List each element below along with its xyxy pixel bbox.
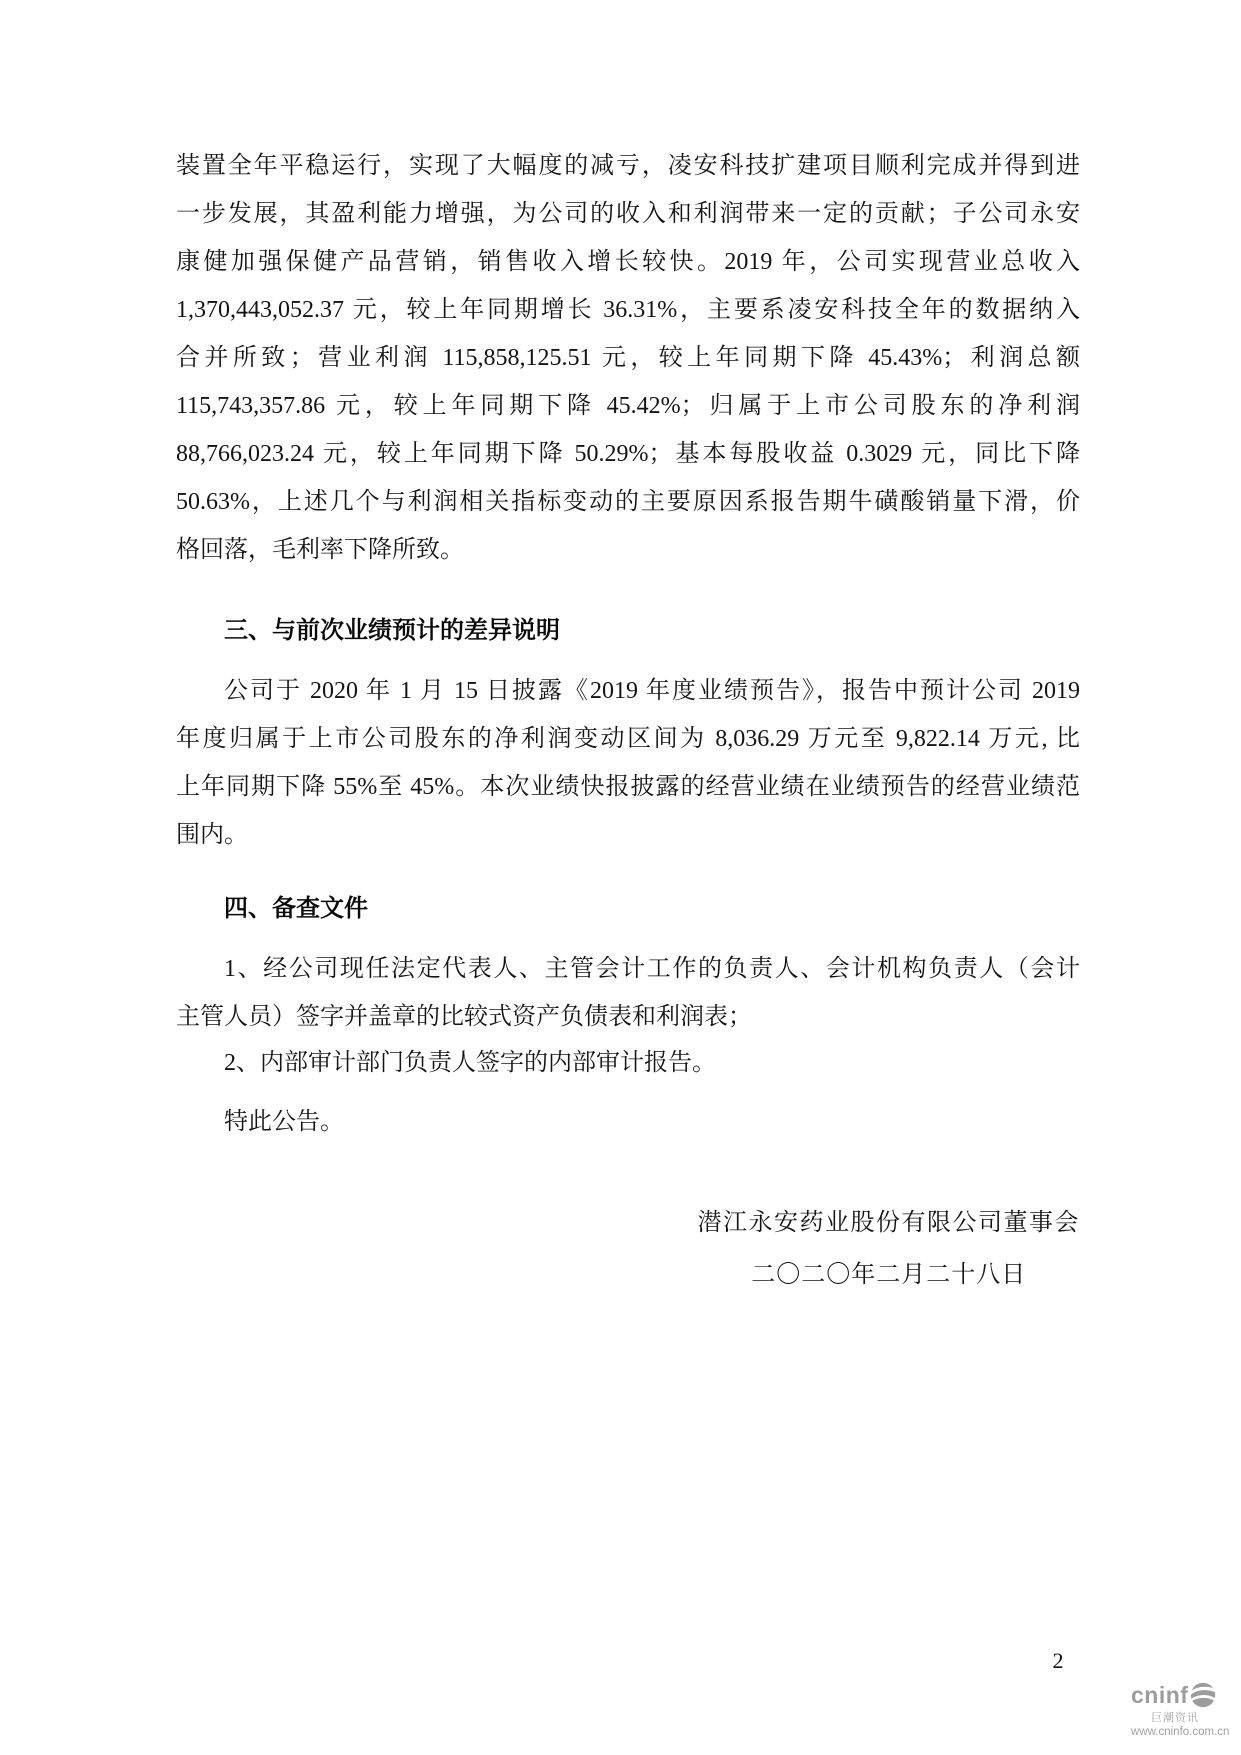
text-line: 主管人员）签字并盖章的比较式资产负债表和利润表；: [176, 993, 1080, 1041]
text-line: 1,370,443,052.37 元，较上年同期增长 36.31%，主要系凌安科…: [176, 286, 1080, 334]
page-number: 2: [1040, 1648, 1076, 1674]
list-item-1: 1、经公司现任法定代表人、主管会计工作的负责人、会计机构负责人（会计 主管人员）…: [176, 945, 1080, 1041]
text-line: 装置全年平稳运行，实现了大幅度的减亏，凌安科技扩建项目顺利完成并得到进: [176, 142, 1080, 190]
text-line: 上年同期下降 55%至 45%。本次业绩快报披露的经营业绩在业绩预告的经营业绩范: [176, 763, 1080, 811]
text-line: 格回落，毛利率下降所致。: [176, 526, 1080, 574]
text-line: 年度归属于上市公司股东的净利润变动区间为 8,036.29 万元至 9,822.…: [176, 715, 1080, 763]
cninfo-logo-text: cninf: [1131, 1683, 1188, 1707]
text-line: 1、经公司现任法定代表人、主管会计工作的负责人、会计机构负责人（会计: [176, 945, 1080, 993]
signature-date: 二〇二〇年二月二十八日: [698, 1251, 1081, 1299]
text-line: 88,766,023.24 元，较上年同期下降 50.29%；基本每股收益 0.…: [176, 430, 1080, 478]
cninfo-chinese-label: 巨潮资讯: [1131, 1709, 1219, 1725]
section-heading-4: 四、备查文件: [176, 885, 1080, 933]
text-line: 合并所致；营业利润 115,858,125.51 元，较上年同期下降 45.43…: [176, 334, 1080, 382]
section-heading-3: 三、与前次业绩预计的差异说明: [176, 607, 1080, 655]
text-line: 115,743,357.86 元，较上年同期下降 45.42%；归属于上市公司股…: [176, 382, 1080, 430]
text-line: 特此公告。: [176, 1098, 1080, 1146]
cninfo-logo-row: cninf: [1131, 1682, 1237, 1708]
closing-statement: 特此公告。: [176, 1098, 1080, 1146]
cninfo-watermark: cninf 巨潮资讯 www.cninfo.com.cn: [1131, 1682, 1237, 1738]
body-paragraph-2: 公司于 2020 年 1 月 15 日披露《2019 年度业绩预告》，报告中预计…: [176, 667, 1080, 859]
text-line: 一步发展，其盈利能力增强，为公司的收入和利润带来一定的贡献；子公司永安: [176, 190, 1080, 238]
text-line: 50.63%，上述几个与利润相关指标变动的主要原因系报告期牛磺酸销量下滑，价: [176, 478, 1080, 526]
document-page: 装置全年平稳运行，实现了大幅度的减亏，凌安科技扩建项目顺利完成并得到进 一步发展…: [0, 0, 1241, 1755]
signature-company: 潜江永安药业股份有限公司董事会: [698, 1199, 1081, 1247]
text-line: 2、内部审计部门负责人签字的内部审计报告。: [176, 1039, 1080, 1087]
text-line: 康健加强保健产品营销，销售收入增长较快。2019 年，公司实现营业总收入: [176, 238, 1080, 286]
text-line: 围内。: [176, 811, 1080, 859]
body-paragraph-1: 装置全年平稳运行，实现了大幅度的减亏，凌安科技扩建项目顺利完成并得到进 一步发展…: [176, 142, 1080, 574]
text-line: 公司于 2020 年 1 月 15 日披露《2019 年度业绩预告》，报告中预计…: [176, 667, 1080, 715]
signature-block: 潜江永安药业股份有限公司董事会 二〇二〇年二月二十八日: [698, 1199, 1081, 1299]
cninfo-url: www.cninfo.com.cn: [1131, 1726, 1237, 1738]
list-item-2: 2、内部审计部门负责人签字的内部审计报告。: [176, 1039, 1080, 1087]
cninfo-swirl-icon: [1190, 1682, 1216, 1708]
